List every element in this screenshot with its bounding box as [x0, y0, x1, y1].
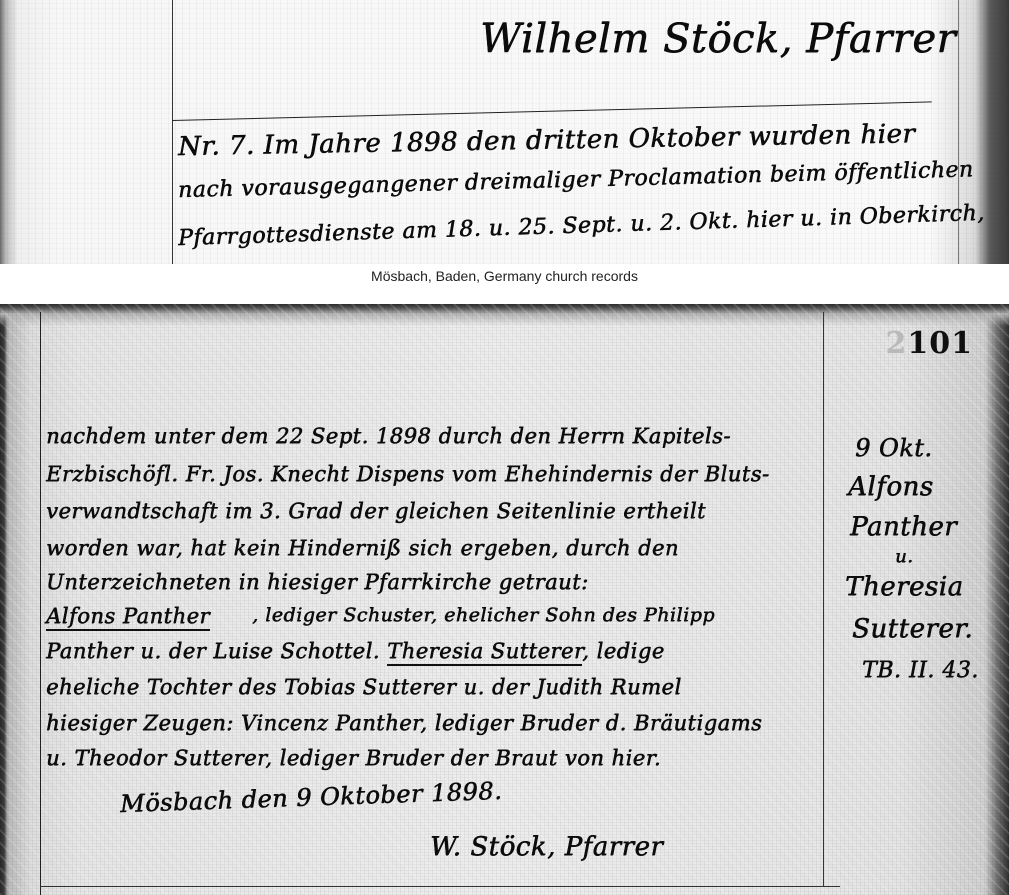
entry-line: u. Theodor Sutterer, lediger Bruder der …: [46, 746, 661, 770]
entry-line: Unterzeichneten in hiesiger Pfarrkirche …: [46, 570, 589, 594]
margin-groom-last: Panther: [850, 512, 957, 542]
page-number-faded-digit: 2: [886, 326, 908, 361]
entry-line-groom: Alfons Panther: [46, 604, 210, 628]
entry-line: Erzbischöfl. Fr. Jos. Knecht Dispens vom…: [46, 462, 770, 486]
pastor-signature: Wilhelm Stöck, Pfarrer: [480, 16, 956, 62]
page-number: 2101: [886, 326, 974, 361]
entry-divider: [40, 886, 840, 887]
page-number-value: 101: [907, 326, 973, 361]
entry-line: verwandtschaft im 3. Grad der gleichen S…: [46, 499, 706, 523]
entry-line: Panther u. der Luise Schottel. Theresia …: [46, 639, 665, 663]
image-caption: Mösbach, Baden, Germany church records: [0, 268, 1009, 284]
register-scan-bottom: 2101 nachdem unter dem 22 Sept. 1898 dur…: [0, 304, 1009, 895]
margin-rule: [823, 312, 824, 887]
margin-reference: TB. II. 43.: [862, 658, 979, 683]
bride-name: Theresia Sutterer: [387, 639, 582, 666]
margin-date: 9 Okt.: [855, 434, 932, 462]
groom-name: Alfons Panther: [46, 604, 210, 631]
entry-line: nachdem unter dem 22 Sept. 1898 durch de…: [46, 424, 731, 448]
column-rule: [40, 312, 41, 895]
column-rule: [172, 0, 173, 264]
entry-line: worden war, hat kein Hinderniß sich erge…: [46, 536, 679, 560]
margin-bride-first: Theresia: [845, 572, 963, 602]
entry-line: , lediger Schuster, ehelicher Sohn des P…: [252, 604, 715, 626]
margin-bride-last: Sutterer.: [852, 614, 973, 644]
entry-line: hiesiger Zeugen: Vincenz Panther, ledige…: [46, 711, 762, 735]
margin-groom-first: Alfons: [848, 472, 933, 502]
entry-line: eheliche Tochter des Tobias Sutterer u. …: [46, 675, 682, 699]
register-scan-top: Wilhelm Stöck, Pfarrer Nr. 7. Im Jahre 1…: [0, 0, 1009, 264]
margin-conjunction: u.: [895, 546, 913, 567]
pastor-signature: W. Stöck, Pfarrer: [430, 832, 663, 862]
